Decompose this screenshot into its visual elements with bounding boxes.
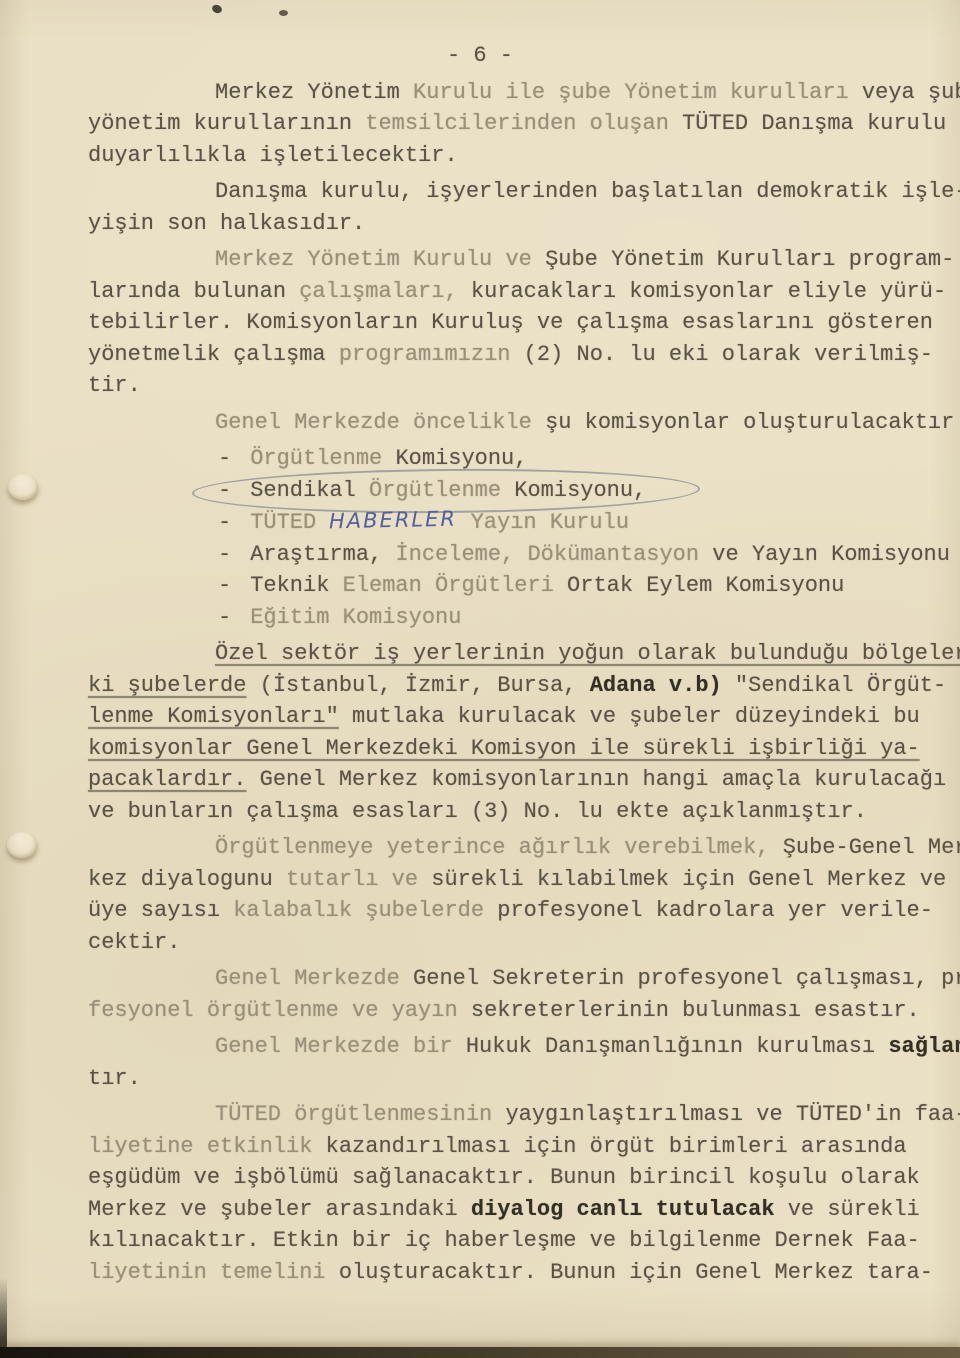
text-segment: liyetinin temelini [88,1260,339,1285]
text-segment: larında bulunan [88,279,299,304]
text-segment: eşgüdüm ve işbölümü sağlanacaktır. Bunun… [88,1165,920,1190]
text-line: Örgütlenmeye yeterince ağırlık verebilme… [88,832,932,864]
punch-hole-bump-bottom [7,832,37,858]
text-segment: tır. [88,1066,141,1091]
text-line: pacaklardır. Genel Merkez komisyonlarını… [88,764,932,796]
text-segment: Merkez Yönetim [215,80,413,105]
text-segment: Merkez ve şubeler arasındaki [88,1197,471,1222]
text-line: Danışma kurulu, işyerlerinden başlatılan… [88,176,932,208]
paragraph: Genel Merkezde Genel Sekreterin profesyo… [88,963,932,1026]
text-segment: ve bunların çalışma esasları (3) No. lu … [88,799,867,824]
text-segment: kez diyalogunu [88,867,286,892]
list-item: -TÜTED HABERLER Yayın Kurulu [88,506,932,539]
text-segment: temsilcilerinden oluşan [365,111,669,136]
text-segment: Teknik [250,573,342,598]
text-segment: Genel Merkezde öncelikle [215,410,545,435]
text-line: fesyonel örgütlenme ve yayın sekreterler… [88,995,932,1027]
text-segment: yönetim kurullarının [88,111,365,136]
text-line: komisyonlar Genel Merkezdeki Komisyon il… [88,733,932,765]
text-segment: Genel Sekreterin profesyonel çalışması, … [413,966,960,991]
paragraph: Örgütlenmeye yeterince ağırlık verebilme… [88,832,932,958]
text-segment: ki şubelerde [88,673,246,698]
text-segment: Genel Merkez komisyonlarının hangi amaçl… [246,767,946,792]
document-body: - 6 - Merkez Yönetim Kurulu ile şube Yön… [0,0,960,1358]
text-segment: Danışma kurulu, işyerlerinden başlatılan… [215,179,960,204]
text-segment: duyarlılıkla işletilecektir. [88,143,458,168]
text-line: tebilirler. Komisyonların Kuruluş ve çal… [88,307,932,339]
text-segment: TÜTED örgütlenmesinin [215,1102,505,1127]
text-segment: yönetmelik çalışma [88,342,339,367]
text-segment: cektir. [88,930,180,955]
text-line: kılınacaktır. Etkin bir iç haberleşme ve… [88,1225,932,1257]
text-segment: Komisyonu, [501,478,646,503]
text-segment: lenme Komisyonları" [88,704,339,729]
text-segment: Eğitim Komisyonu [250,605,461,630]
text-segment: İnceleme, Dökümantasyon [395,542,699,567]
text-segment: fesyonel örgütlenme ve yayın [88,998,471,1023]
text-segment: yaygınlaştırılması ve TÜTED'in faa- [505,1102,960,1127]
text-line: tir. [88,370,932,402]
text-line: Merkez Yönetim Kurulu ile şube Yönetim k… [88,77,932,109]
text-segment: tebilirler. Komisyonların Kuruluş ve çal… [88,310,933,335]
text-segment: kuracakları komisyonlar eliyle yürü- [458,279,946,304]
text-segment: (İstanbul, İzmir, Bursa, [246,673,589,698]
text-segment: şu komisyonlar oluşturulacaktır : [545,410,960,435]
paragraph: Genel Merkezde öncelikle şu komisyonlar … [88,407,932,439]
text-segment: Özel sektör iş yerlerinin yoğun olarak b… [215,641,960,666]
text-segment: tutarlı ve [286,867,418,892]
text-segment: "Sendikal Örgüt- [722,673,946,698]
text-line: eşgüdüm ve işbölümü sağlanacaktır. Bunun… [88,1162,932,1194]
text-segment: Hukuk Danışmanlığının kurulması [466,1034,888,1059]
text-segment: TÜTED [250,510,329,535]
text-line: üye sayısı kalabalık şubelerde profesyon… [88,895,932,927]
text-segment: TÜTED Danışma kurulu [669,111,946,136]
text-line: Genel Merkezde Genel Sekreterin profesyo… [88,963,932,995]
text-segment: kazandırılması için örgüt birimleri aras… [326,1134,907,1159]
text-segment: Şube-Genel Mer- [770,835,960,860]
handwritten-annotation: HABERLER [329,504,458,538]
text-segment: Komisyonu, [395,446,527,471]
scanned-document-page: - 6 - Merkez Yönetim Kurulu ile şube Yön… [0,0,960,1358]
text-line: Merkez Yönetim Kurulu ve Şube Yönetim Ku… [88,244,932,276]
text-segment: (2) No. lu eki olarak verilmiş- [510,342,932,367]
text-line: ve bunların çalışma esasları (3) No. lu … [88,796,932,828]
list-item: -Sendikal Örgütlenme Komisyonu, [88,475,932,507]
list-item: -Örgütlenme Komisyonu, [88,443,932,475]
text-segment: Kurulu ile şube Yönetim kurulları [413,80,849,105]
list-item: -Araştırma, İnceleme, Dökümantasyon ve Y… [88,539,932,571]
text-line: yönetmelik çalışma programımızın (2) No.… [88,339,932,371]
text-line: kez diyalogunu tutarlı ve sürekli kılabi… [88,864,932,896]
paragraph: Genel Merkezde bir Hukuk Danışmanlığının… [88,1031,932,1094]
text-line: larında bulunan çalışmaları, kuracakları… [88,276,932,308]
list-dash: - [218,510,231,535]
text-segment: Genel Merkezde [215,966,413,991]
paragraph: Özel sektör iş yerlerinin yoğun olarak b… [88,638,932,827]
text-segment: profesyonel kadrolara yer verile- [484,898,933,923]
text-line: liyetine etkinlik kazandırılması için ör… [88,1131,932,1163]
text-segment: sekreterlerinin bulunması esastır. [471,998,920,1023]
text-segment: üye sayısı [88,898,233,923]
page-number: - 6 - [88,40,932,72]
text-segment: sağlanacak- [888,1034,960,1059]
text-segment: kılınacaktır. Etkin bir iç haberleşme ve… [88,1228,920,1253]
text-segment: kalabalık şubelerde [233,898,484,923]
text-line: Merkez ve şubeler arasındaki diyalog can… [88,1194,932,1226]
text-segment: tir. [88,373,141,398]
commission-list: -Örgütlenme Komisyonu,-Sendikal Örgütlen… [88,443,932,633]
text-line: duyarlılıkla işletilecektir. [88,140,932,172]
text-segment: Şube Yönetim Kurulları program- [545,247,954,272]
text-segment: diyalog canlı tutulacak [471,1197,775,1222]
text-segment: Yayın Kurulu [457,510,629,535]
text-segment: liyetine etkinlik [88,1134,326,1159]
text-segment: pacaklardır. [88,767,246,792]
text-segment: ve Yayın Komisyonu [699,542,950,567]
list-item: -Teknik Eleman Örgütleri Ortak Eylem Kom… [88,570,932,602]
text-line: TÜTED örgütlenmesinin yaygınlaştırılması… [88,1099,932,1131]
list-dash: - [218,478,231,503]
text-segment: ve sürekli [775,1197,920,1222]
text-segment: komisyonlar Genel Merkezdeki Komisyon il… [88,736,920,761]
text-segment: sürekli kılabilmek için Genel Merkez ve [418,867,946,892]
list-dash: - [218,573,231,598]
text-segment: Adana v.b) [590,673,722,698]
text-segment: Sendikal [250,478,369,503]
left-scan-edge [0,1278,7,1358]
bottom-scan-edge [0,1347,960,1358]
paper-speck [279,10,288,16]
text-segment: veya şube [849,80,960,105]
text-line: lenme Komisyonları" mutlaka kurulacak ve… [88,701,932,733]
text-segment: Genel Merkezde bir [215,1034,466,1059]
text-line: liyetinin temelini oluşturacaktır. Bunun… [88,1257,932,1289]
text-line: Genel Merkezde öncelikle şu komisyonlar … [88,407,932,439]
text-line: tır. [88,1063,932,1095]
text-line: Genel Merkezde bir Hukuk Danışmanlığının… [88,1031,932,1063]
text-segment: mutlaka kurulacak ve şubeler düzeyindeki… [339,704,920,729]
paragraph: Danışma kurulu, işyerlerinden başlatılan… [88,176,932,239]
text-line: cektir. [88,927,932,959]
text-segment: oluşturacaktır. Bunun için Genel Merkez … [339,1260,933,1285]
text-line: yönetim kurullarının temsilcilerinden ol… [88,108,932,140]
text-segment: çalışmaları, [299,279,457,304]
list-item: -Eğitim Komisyonu [88,602,932,634]
list-dash: - [218,542,231,567]
text-line: yişin son halkasıdır. [88,208,932,240]
paragraph: Merkez Yönetim Kurulu ve Şube Yönetim Ku… [88,244,932,402]
punch-hole-bump-top [8,474,38,500]
text-line: ki şubelerde (İstanbul, İzmir, Bursa, Ad… [88,670,932,702]
text-line: Özel sektör iş yerlerinin yoğun olarak b… [88,638,932,670]
text-segment: Ortak Eylem Komisyonu [554,573,844,598]
text-segment: programımızın [339,342,511,367]
paragraph: TÜTED örgütlenmesinin yaygınlaştırılması… [88,1099,932,1288]
list-dash: - [218,605,231,630]
text-segment: Örgütlenme [250,446,395,471]
text-segment: Eleman Örgütleri [343,573,554,598]
text-segment: Örgütlenme [369,478,501,503]
text-segment: yişin son halkasıdır. [88,211,365,236]
list-dash: - [218,446,231,471]
paragraph: Merkez Yönetim Kurulu ile şube Yönetim k… [88,77,932,172]
text-segment: Merkez Yönetim Kurulu ve [215,247,545,272]
text-segment: Örgütlenmeye yeterince ağırlık verebilme… [215,835,770,860]
text-segment: Araştırma, [250,542,395,567]
